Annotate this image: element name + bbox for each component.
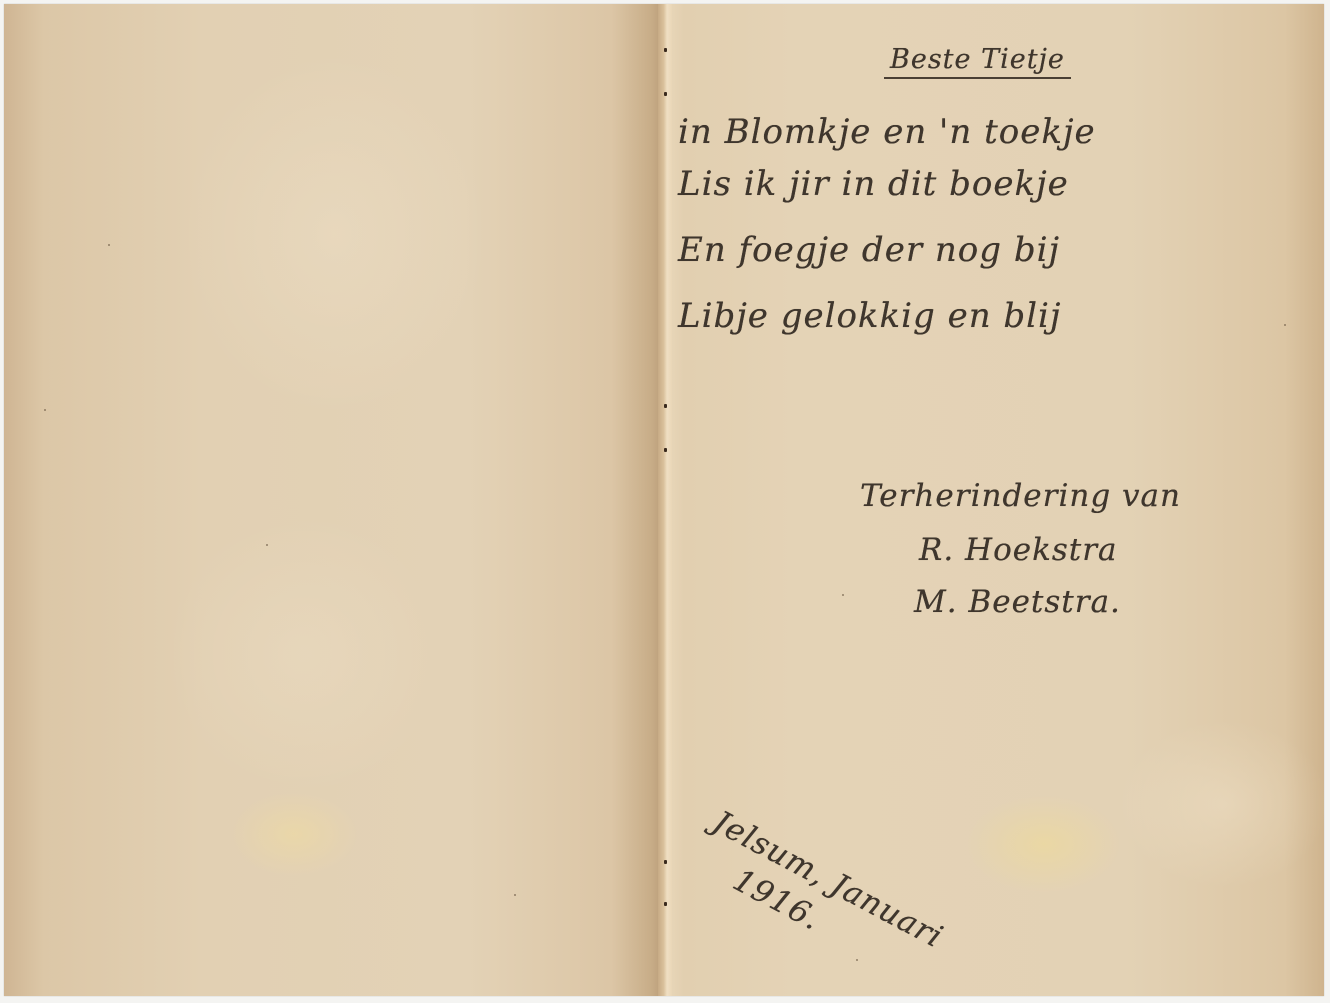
right-page: Beste Tietje in Blomkje en 'n toekje Lis…	[664, 4, 1324, 996]
poem-line-2: Lis ik jir in dit boekje	[678, 164, 1069, 204]
paper-speck	[842, 594, 844, 596]
poem-line-1: in Blomkje en 'n toekje	[678, 112, 1096, 152]
poem-line-3: En foegje der nog bij	[678, 230, 1060, 270]
binding-stitch	[664, 448, 667, 452]
poem-line-4: Libje gelokkig en blij	[678, 296, 1061, 336]
binding-stitch	[664, 48, 667, 52]
spine-fold	[658, 4, 672, 996]
binding-stitch	[664, 860, 667, 864]
paper-speck	[108, 244, 110, 246]
paper-speck	[1284, 324, 1286, 326]
paper-speck	[856, 959, 858, 961]
paper-speck	[514, 894, 516, 896]
paper-speck	[44, 409, 46, 411]
signature-dedication: Terherindering van	[860, 478, 1181, 514]
binding-stitch	[664, 92, 667, 96]
left-page	[4, 4, 664, 996]
album-spread: Beste Tietje in Blomkje en 'n toekje Lis…	[4, 4, 1324, 996]
signature-name-1: R. Hoekstra	[919, 532, 1118, 568]
signature-name-2: M. Beetstra.	[914, 584, 1121, 620]
binding-stitch	[664, 404, 667, 408]
paper-speck	[266, 544, 268, 546]
binding-stitch	[664, 902, 667, 906]
heading-greeting: Beste Tietje	[884, 44, 1071, 79]
